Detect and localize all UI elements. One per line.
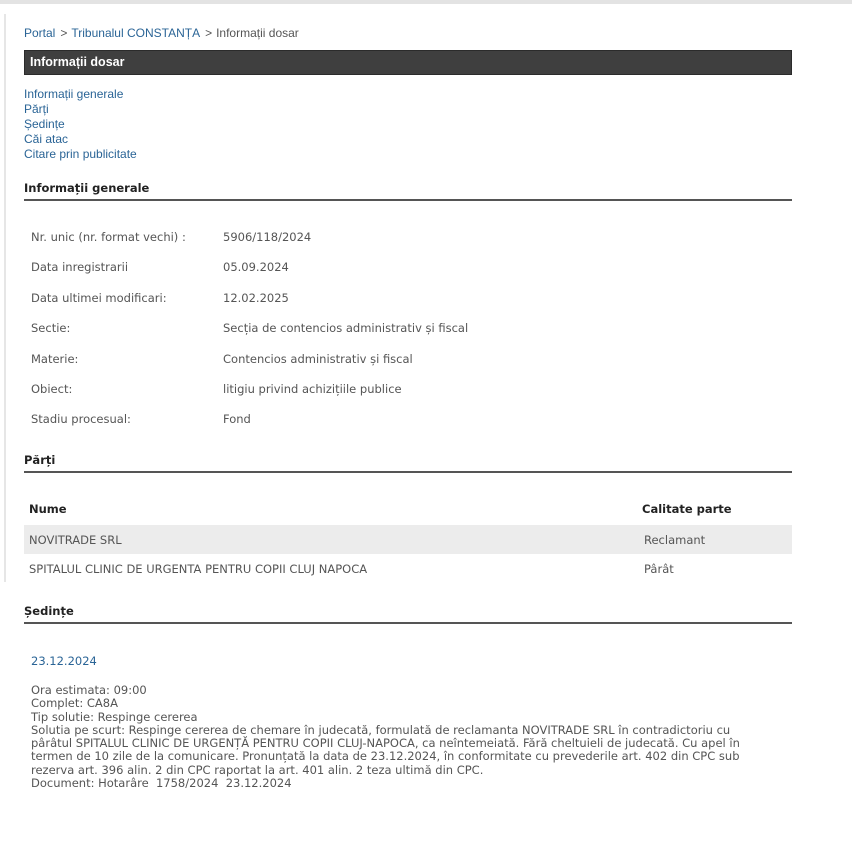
session-panel: Complet: CA8A xyxy=(31,697,801,710)
info-label: Data ultimei modificari: xyxy=(31,291,167,305)
page-title-bar: Informații dosar xyxy=(24,50,792,75)
session-date[interactable]: 23.12.2024 xyxy=(31,654,97,668)
breadcrumb-court-link[interactable]: Tribunalul CONSTANȚA xyxy=(71,26,200,40)
info-value: litigiu privind achizițiile publice xyxy=(223,382,402,396)
section-anchor-nav: Informații generale Părți Ședințe Căi at… xyxy=(24,87,137,162)
anchor-link-sessions[interactable]: Ședințe xyxy=(24,117,137,132)
party-name: SPITALUL CLINIC DE URGENTA PENTRU COPII … xyxy=(29,562,367,576)
anchor-link-appeals[interactable]: Căi atac xyxy=(24,132,137,147)
parties-table: Nume Calitate parte NOVITRADE SRL Reclam… xyxy=(24,494,792,583)
session-solution-summary-line: rezerva art. 396 alin. 2 din CPC raporta… xyxy=(31,764,801,777)
info-label: Stadiu procesual: xyxy=(31,412,131,426)
session-solution-type: Tip solutie: Respinge cererea xyxy=(31,711,801,724)
breadcrumb-separator: > xyxy=(205,26,212,40)
sessions-title: Ședințe xyxy=(24,604,74,618)
anchor-link-public-summons[interactable]: Citare prin publicitate xyxy=(24,147,137,162)
session-solution-summary-line: termen de 10 zile de la comunicare. Pron… xyxy=(31,750,801,763)
party-name: NOVITRADE SRL xyxy=(29,533,122,547)
table-row: SPITALUL CLINIC DE URGENTA PENTRU COPII … xyxy=(24,554,792,583)
info-value: 12.02.2025 xyxy=(223,291,289,305)
anchor-link-parties[interactable]: Părți xyxy=(24,102,137,117)
info-label: Data inregistrarii xyxy=(31,260,128,274)
info-value: Secția de contencios administrativ și fi… xyxy=(223,321,468,335)
table-row: NOVITRADE SRL Reclamant xyxy=(24,525,792,554)
info-value: Contencios administrativ și fiscal xyxy=(223,352,413,366)
info-value: Fond xyxy=(223,412,251,426)
parties-table-header: Nume Calitate parte xyxy=(24,494,792,525)
session-details: Ora estimata: 09:00 Complet: CA8A Tip so… xyxy=(31,684,801,790)
info-label: Materie: xyxy=(31,352,78,366)
general-info-title: Informații generale xyxy=(24,181,149,195)
info-label: Sectie: xyxy=(31,321,70,335)
breadcrumb-separator: > xyxy=(60,26,67,40)
session-solution-summary-line: pârâtul SPITALUL CLINIC DE URGENȚĂ PENTR… xyxy=(31,737,801,750)
breadcrumb-portal-link[interactable]: Portal xyxy=(24,26,55,40)
page-left-border xyxy=(4,14,6,582)
info-label: Nr. unic (nr. format vechi) : xyxy=(31,230,186,244)
info-label: Obiect: xyxy=(31,382,72,396)
info-value: 05.09.2024 xyxy=(223,260,289,274)
session-estimated-time: Ora estimata: 09:00 xyxy=(31,684,801,697)
parties-section-header: Părți xyxy=(24,453,792,473)
general-info-section-header: Informații generale xyxy=(24,181,792,201)
party-role: Reclamant xyxy=(644,533,705,547)
session-document: Document: Hotarâre 1758/2024 23.12.2024 xyxy=(31,777,801,790)
parties-title: Părți xyxy=(24,453,55,467)
breadcrumb-current: Informații dosar xyxy=(216,26,299,40)
info-value: 5906/118/2024 xyxy=(223,230,311,244)
sessions-section-header: Ședințe xyxy=(24,604,792,624)
breadcrumb: Portal>Tribunalul CONSTANȚA>Informații d… xyxy=(24,26,299,40)
column-header-role: Calitate parte xyxy=(642,502,732,516)
anchor-link-general-info[interactable]: Informații generale xyxy=(24,87,137,102)
party-role: Pârât xyxy=(644,562,674,576)
page-title: Informații dosar xyxy=(30,55,124,69)
column-header-name: Nume xyxy=(29,502,67,516)
page-top-border xyxy=(0,0,852,4)
